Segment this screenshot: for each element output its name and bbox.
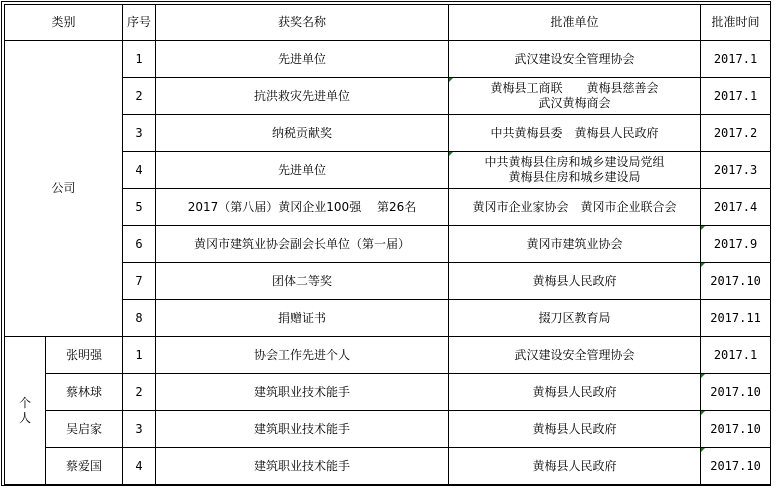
cell-award: 黄冈市建筑业协会副会长单位（第一届） xyxy=(156,226,449,263)
cell-award: 建筑职业技术能手 xyxy=(156,411,449,448)
cell-issuer: 掇刀区教育局 xyxy=(449,300,701,337)
cell-issuer: 武汉建设安全管理协会 xyxy=(449,337,701,374)
comment-marker-icon[interactable] xyxy=(449,152,453,156)
cell-seq: 6 xyxy=(123,226,156,263)
header-award: 获奖名称 xyxy=(156,5,449,41)
cell-award: 纳税贡献奖 xyxy=(156,115,449,152)
cell-seq: 1 xyxy=(123,337,156,374)
cell-date: 2017.10 xyxy=(701,411,771,448)
cell-date: 2017.1 xyxy=(701,41,771,78)
cell-name: 蔡爱国 xyxy=(46,448,123,485)
table-row: 个 人 张明强 1 协会工作先进个人 武汉建设安全管理协会 2017.1 xyxy=(5,337,771,374)
cell-date: 2017.10 xyxy=(701,448,771,485)
awards-table: 类别 序号 获奖名称 批准单位 批准时间 公司 1 先进单位 武汉建设安全管理协… xyxy=(4,4,771,485)
group-individual: 个 人 xyxy=(5,337,46,485)
cell-date: 2017.9 xyxy=(701,226,771,263)
cell-date: 2017.10 xyxy=(701,374,771,411)
date-text: 2017.10 xyxy=(710,274,761,288)
cell-award: 先进单位 xyxy=(156,152,449,189)
date-text: 2017.10 xyxy=(710,459,761,473)
cell-issuer: 黄冈市企业家协会 黄冈市企业联合会 xyxy=(449,189,701,226)
cell-seq: 2 xyxy=(123,78,156,115)
comment-marker-icon[interactable] xyxy=(701,374,705,378)
cell-issuer: 黄梅县人民政府 xyxy=(449,374,701,411)
cell-seq: 1 xyxy=(123,41,156,78)
table-row: 吴启家 3 建筑职业技术能手 黄梅县人民政府 2017.10 xyxy=(5,411,771,448)
cell-seq: 2 xyxy=(123,374,156,411)
cell-issuer: 中共黄梅县委 黄梅县人民政府 xyxy=(449,115,701,152)
cell-issuer: 黄梅县人民政府 xyxy=(449,411,701,448)
cell-name: 张明强 xyxy=(46,337,123,374)
cell-award: 团体二等奖 xyxy=(156,263,449,300)
comment-marker-icon[interactable] xyxy=(449,78,453,82)
cell-seq: 3 xyxy=(123,115,156,152)
cell-award: 先进单位 xyxy=(156,41,449,78)
cell-award: 协会工作先进个人 xyxy=(156,337,449,374)
cell-issuer: 中共黄梅县住房和城乡建设局党组 黄梅县住房和城乡建设局 xyxy=(449,152,701,189)
cell-award: 捐赠证书 xyxy=(156,300,449,337)
cell-seq: 3 xyxy=(123,411,156,448)
date-text: 2017.10 xyxy=(710,385,761,399)
cell-award: 建筑职业技术能手 xyxy=(156,448,449,485)
cell-award: 建筑职业技术能手 xyxy=(156,374,449,411)
cell-date: 2017.10 xyxy=(701,263,771,300)
date-text: 2017.10 xyxy=(710,422,761,436)
cell-date: 2017.4 xyxy=(701,189,771,226)
group-company: 公司 xyxy=(5,41,123,337)
header-issuer: 批准单位 xyxy=(449,5,701,41)
group-individual-char: 个 xyxy=(5,396,45,411)
cell-date: 2017.1 xyxy=(701,337,771,374)
issuer-line: 中共黄梅县住房和城乡建设局党组 xyxy=(449,155,700,170)
cell-award: 2017（第八届）黄冈企业100强 第26名 xyxy=(156,189,449,226)
table-row: 蔡林球 2 建筑职业技术能手 黄梅县人民政府 2017.10 xyxy=(5,374,771,411)
cell-name: 吴启家 xyxy=(46,411,123,448)
cell-seq: 8 xyxy=(123,300,156,337)
cell-issuer: 黄梅县人民政府 xyxy=(449,448,701,485)
cell-date: 2017.11 xyxy=(701,300,771,337)
header-row: 类别 序号 获奖名称 批准单位 批准时间 xyxy=(5,5,771,41)
cell-name: 蔡林球 xyxy=(46,374,123,411)
header-date: 批准时间 xyxy=(701,5,771,41)
comment-marker-icon[interactable] xyxy=(701,263,705,267)
cell-award: 抗洪救灾先进单位 xyxy=(156,78,449,115)
cell-seq: 4 xyxy=(123,152,156,189)
comment-marker-icon[interactable] xyxy=(701,226,705,230)
cell-date: 2017.2 xyxy=(701,115,771,152)
cell-date: 2017.3 xyxy=(701,152,771,189)
issuer-line: 黄梅县工商联 黄梅县慈善会 xyxy=(449,81,700,96)
header-category: 类别 xyxy=(5,5,123,41)
issuer-line: 武汉黄梅商会 xyxy=(449,96,700,111)
cell-issuer: 黄冈市建筑业协会 xyxy=(449,226,701,263)
cell-issuer: 黄梅县工商联 黄梅县慈善会 武汉黄梅商会 xyxy=(449,78,701,115)
cell-seq: 7 xyxy=(123,263,156,300)
cell-issuer: 黄梅县人民政府 xyxy=(449,263,701,300)
cell-seq: 4 xyxy=(123,448,156,485)
cell-date: 2017.1 xyxy=(701,78,771,115)
issuer-line: 黄梅县住房和城乡建设局 xyxy=(449,170,700,185)
group-individual-char: 人 xyxy=(5,411,45,426)
date-text: 2017.9 xyxy=(714,237,757,251)
table-row: 公司 1 先进单位 武汉建设安全管理协会 2017.1 xyxy=(5,41,771,78)
comment-marker-icon[interactable] xyxy=(701,448,705,452)
comment-marker-icon[interactable] xyxy=(701,411,705,415)
table-row: 蔡爱国 4 建筑职业技术能手 黄梅县人民政府 2017.10 xyxy=(5,448,771,485)
cell-issuer: 武汉建设安全管理协会 xyxy=(449,41,701,78)
header-seq: 序号 xyxy=(123,5,156,41)
cell-seq: 5 xyxy=(123,189,156,226)
